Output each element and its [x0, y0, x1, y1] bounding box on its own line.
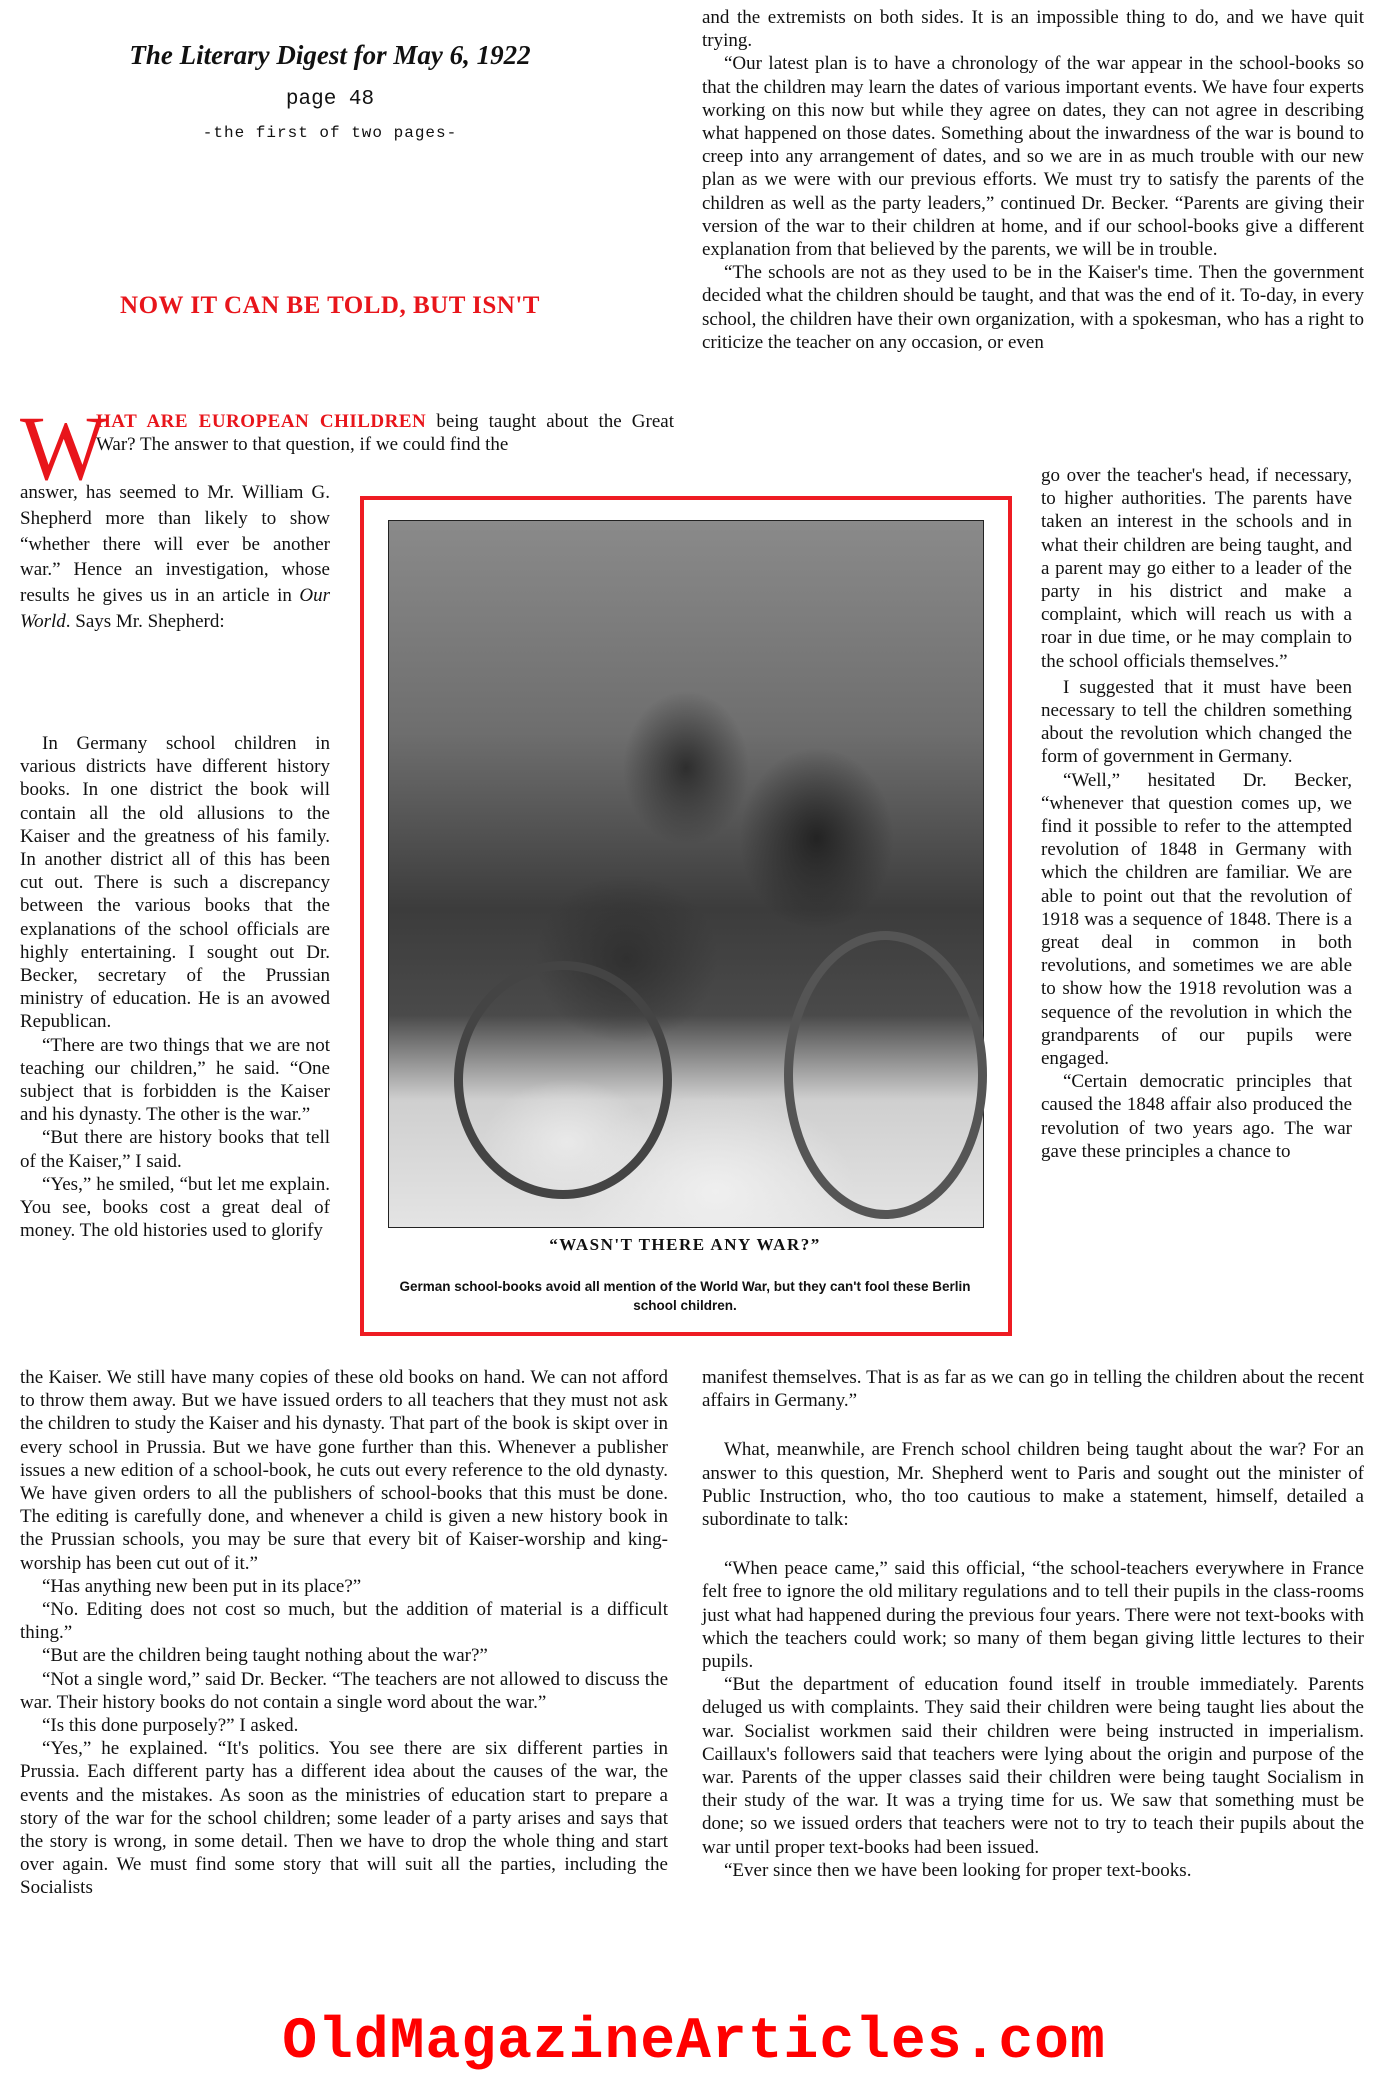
wagon-wheel-right — [784, 931, 987, 1219]
intro-lead: HAT ARE EUROPEAN CHILDREN being taught a… — [96, 410, 674, 456]
paragraph: “Yes,” he explained. “It's politics. You… — [20, 1737, 668, 1899]
column-right-narrow: go over the teacher's head, if necessary… — [1041, 464, 1352, 1163]
watermark: OldMagazineArticles.com — [0, 2010, 1388, 2075]
page-number: page 48 — [80, 88, 580, 111]
paragraph: “When peace came,” said this official, “… — [702, 1557, 1364, 1673]
paragraph: manifest themselves. That is as far as w… — [702, 1366, 1364, 1412]
paragraph: I suggested that it must have been neces… — [1041, 676, 1352, 769]
paragraph: “Certain democratic principles that caus… — [1041, 1070, 1352, 1163]
lead-caps: HAT ARE EUROPEAN CHILDREN — [96, 411, 426, 432]
paragraph: “Is this done purposely?” I asked. — [20, 1714, 668, 1737]
figure-caption: German school-books avoid all mention of… — [395, 1277, 975, 1315]
column-left-wide: the Kaiser. We still have many copies of… — [20, 1366, 668, 1900]
page-subtitle: -the first of two pages- — [80, 124, 580, 142]
figure-title: “WASN'T THERE ANY WAR?” — [388, 1235, 982, 1255]
children-photo — [388, 520, 984, 1228]
article-headline: NOW IT CAN BE TOLD, BUT ISN'T — [40, 292, 620, 320]
paragraph: What, meanwhile, are French school child… — [702, 1438, 1364, 1531]
paragraph: “The schools are not as they used to be … — [702, 261, 1364, 354]
column-right-bottom: manifest themselves. That is as far as w… — [702, 1366, 1364, 1882]
paragraph: “Yes,” he smiled, “but let me explain. Y… — [20, 1173, 330, 1243]
paragraph: “But are the children being taught nothi… — [20, 1644, 668, 1667]
paragraph: “Not a single word,” said Dr. Becker. “T… — [20, 1668, 668, 1714]
masthead-title: The Literary Digest for May 6, 1922 — [80, 40, 580, 71]
paragraph: “But there are history books that tell o… — [20, 1126, 330, 1172]
paragraph: “Our latest plan is to have a chronology… — [702, 52, 1364, 261]
paragraph: “No. Editing does not cost so much, but … — [20, 1598, 668, 1644]
paragraph: “Ever since then we have been looking fo… — [702, 1859, 1364, 1882]
column-right-top: and the extremists on both sides. It is … — [702, 6, 1364, 354]
paragraph: the Kaiser. We still have many copies of… — [20, 1366, 668, 1575]
column-left-narrow: In Germany school children in various di… — [20, 732, 330, 1242]
intro-continuation: answer, has seemed to Mr. William G. She… — [20, 480, 330, 635]
paragraph: In Germany school children in various di… — [20, 732, 330, 1034]
wagon-wheel-left — [454, 961, 672, 1199]
paragraph: “But the department of education found i… — [702, 1673, 1364, 1859]
drop-cap: W — [20, 408, 107, 488]
paragraph: “There are two things that we are not te… — [20, 1034, 330, 1127]
paragraph: go over the teacher's head, if necessary… — [1041, 464, 1352, 673]
paragraph: “Well,” hesitated Dr. Becker, “whenever … — [1041, 769, 1352, 1071]
paragraph: “Has anything new been put in its place?… — [20, 1575, 668, 1598]
paragraph: and the extremists on both sides. It is … — [702, 6, 1364, 52]
